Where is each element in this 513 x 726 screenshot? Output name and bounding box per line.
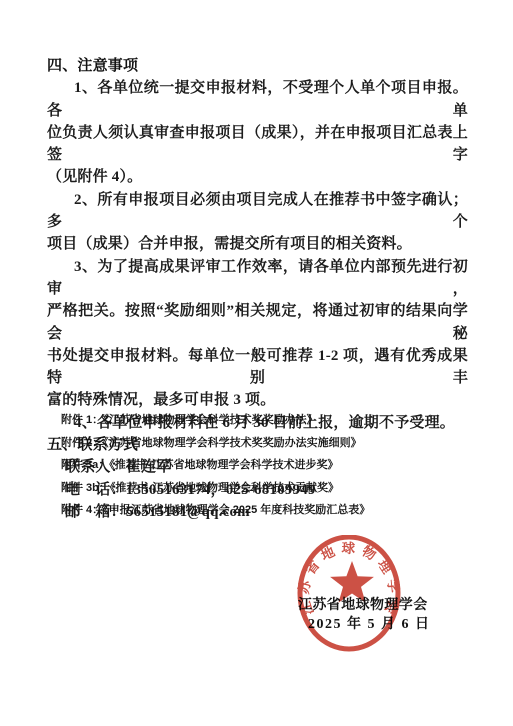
- attachment-item: 附件 3a：《推荐书-江苏省地球物理学会科学技术进步奖》: [61, 454, 461, 477]
- notes-section-heading: 四、注意事项: [47, 55, 468, 77]
- attachment-item: 附件 2：《江苏省地球物理学会科学技术奖奖励办法实施细则》: [61, 432, 461, 455]
- notes-paragraph-line: 3、为了提高成果评审工作效率，请各单位内部预先进行初审，: [47, 256, 468, 301]
- attachment-item: 附件 4：《申报江苏省地球物理学会 2025 年度科技奖励汇总表》: [61, 499, 461, 522]
- notes-paragraph-line: 2、所有申报项目必须由项目完成人在推荐书中签字确认；多个: [47, 189, 468, 234]
- notes-paragraph-line: （见附件 4）。: [47, 166, 468, 188]
- notes-paragraph-line: 项目（成果）合并申报，需提交所有项目的相关资料。: [47, 233, 468, 255]
- attachment-item: 附件 1：《江苏省地球物理学会科学技术奖奖励办法》: [61, 409, 461, 432]
- notes-paragraph-line: 1、各单位统一提交申报材料，不受理个人单个项目申报。各单: [47, 77, 468, 122]
- notes-paragraph-line: 位负责人须认真审查申报项目（成果），并在申报项目汇总表上签字: [47, 122, 468, 167]
- notes-paragraph-line: 严格把关。按照“奖励细则”相关规定，将通过初审的结果向学会秘: [47, 300, 468, 345]
- seal-star-icon: [330, 561, 374, 603]
- document-page: 四、注意事项 1、各单位统一提交申报材料，不受理个人单个项目申报。各单 位负责人…: [0, 0, 513, 726]
- official-seal: 江苏省地球物理学会: [297, 535, 401, 653]
- attachment-list: 附件 1：《江苏省地球物理学会科学技术奖奖励办法》 附件 2：《江苏省地球物理学…: [61, 409, 461, 522]
- notes-paragraph-line: 书处提交申报材料。每单位一般可推荐 1-2 项，遇有优秀成果特别丰: [47, 345, 468, 390]
- attachment-item: 附件 3b：《推荐书-江苏省地球物理学会科学技术贡献奖》: [61, 477, 461, 500]
